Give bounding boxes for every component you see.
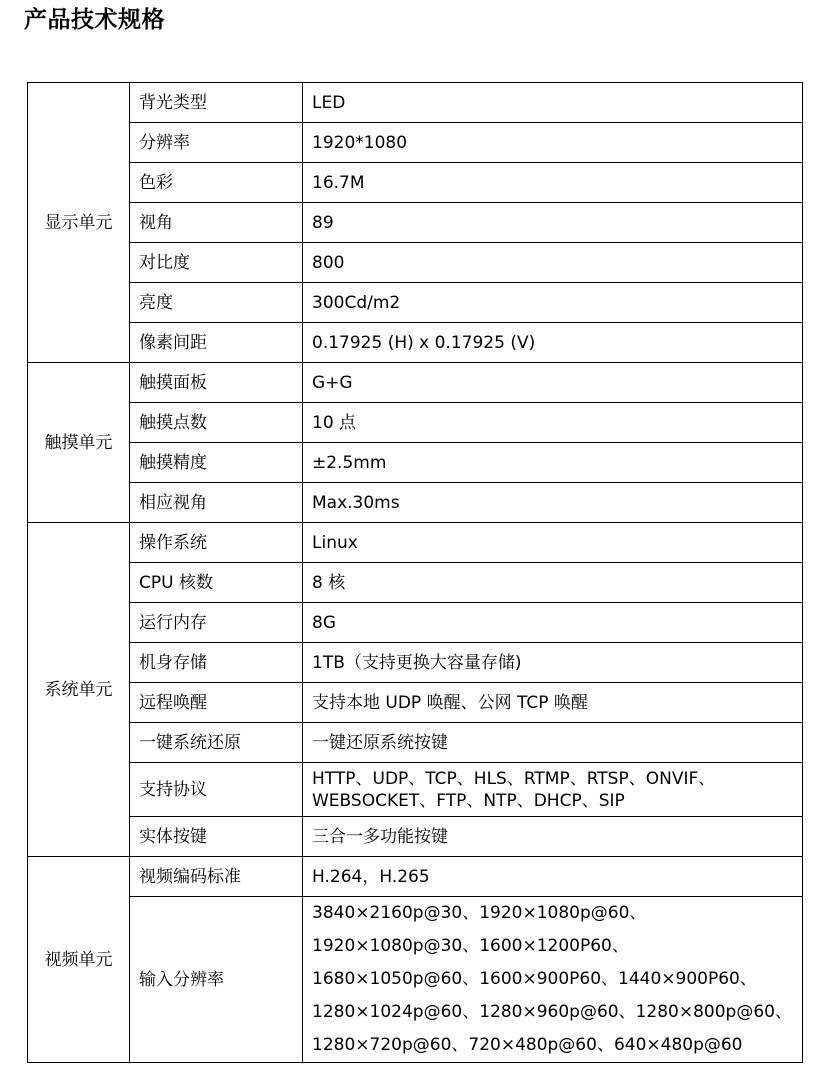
spec-table: 显示单元 背光类型 LED 分辨率 1920*1080 色彩 16.7M 视角 … bbox=[27, 82, 803, 1063]
spec-label: 输入分辨率 bbox=[130, 897, 303, 1063]
spec-label: 相应视角 bbox=[130, 483, 303, 523]
spec-label: 视角 bbox=[130, 203, 303, 243]
page-title: 产品技术规格 bbox=[24, 4, 165, 36]
table-row: 触摸点数 10 点 bbox=[28, 403, 803, 443]
spec-label: CPU 核数 bbox=[130, 563, 303, 603]
table-row: 系统单元 操作系统 Linux bbox=[28, 523, 803, 563]
table-row: 机身存储 1TB（支持更换大容量存储) bbox=[28, 643, 803, 683]
table-row: 输入分辨率 3840×2160p@30、1920×1080p@60、1920×1… bbox=[28, 897, 803, 1063]
spec-label: 机身存储 bbox=[130, 643, 303, 683]
spec-label: 触摸精度 bbox=[130, 443, 303, 483]
group-system: 系统单元 bbox=[28, 523, 130, 857]
spec-value: Linux bbox=[303, 523, 803, 563]
table-row: 亮度 300Cd/m2 bbox=[28, 283, 803, 323]
spec-value: 1TB（支持更换大容量存储) bbox=[303, 643, 803, 683]
spec-label: 支持协议 bbox=[130, 763, 303, 817]
spec-value: LED bbox=[303, 83, 803, 123]
spec-label: 操作系统 bbox=[130, 523, 303, 563]
spec-value: G+G bbox=[303, 363, 803, 403]
spec-value: 8 核 bbox=[303, 563, 803, 603]
spec-value: 支持本地 UDP 唤醒、公网 TCP 唤醒 bbox=[303, 683, 803, 723]
spec-value: 10 点 bbox=[303, 403, 803, 443]
spec-value: 1920*1080 bbox=[303, 123, 803, 163]
spec-value: 0.17925 (H) x 0.17925 (V) bbox=[303, 323, 803, 363]
spec-label: 亮度 bbox=[130, 283, 303, 323]
spec-label: 对比度 bbox=[130, 243, 303, 283]
spec-value: 800 bbox=[303, 243, 803, 283]
spec-label: 运行内存 bbox=[130, 603, 303, 643]
table-row: 分辨率 1920*1080 bbox=[28, 123, 803, 163]
table-row: 远程唤醒 支持本地 UDP 唤醒、公网 TCP 唤醒 bbox=[28, 683, 803, 723]
table-row: 色彩 16.7M bbox=[28, 163, 803, 203]
table-row: 支持协议 HTTP、UDP、TCP、HLS、RTMP、RTSP、ONVIF、WE… bbox=[28, 763, 803, 817]
spec-value: H.264，H.265 bbox=[303, 857, 803, 897]
group-video: 视频单元 bbox=[28, 857, 130, 1063]
spec-label: 分辨率 bbox=[130, 123, 303, 163]
spec-label: 实体按键 bbox=[130, 817, 303, 857]
spec-label: 一键系统还原 bbox=[130, 723, 303, 763]
table-row: 像素间距 0.17925 (H) x 0.17925 (V) bbox=[28, 323, 803, 363]
spec-value: 300Cd/m2 bbox=[303, 283, 803, 323]
spec-value: 16.7M bbox=[303, 163, 803, 203]
spec-label: 视频编码标准 bbox=[130, 857, 303, 897]
spec-label: 触摸点数 bbox=[130, 403, 303, 443]
table-row: 相应视角 Max.30ms bbox=[28, 483, 803, 523]
spec-value: 三合一多功能按键 bbox=[303, 817, 803, 857]
spec-value: Max.30ms bbox=[303, 483, 803, 523]
spec-label: 背光类型 bbox=[130, 83, 303, 123]
table-row: 实体按键 三合一多功能按键 bbox=[28, 817, 803, 857]
spec-value: 一键还原系统按键 bbox=[303, 723, 803, 763]
table-row: 对比度 800 bbox=[28, 243, 803, 283]
spec-value: HTTP、UDP、TCP、HLS、RTMP、RTSP、ONVIF、WEBSOCK… bbox=[303, 763, 803, 817]
spec-value: ±2.5mm bbox=[303, 443, 803, 483]
spec-label: 远程唤醒 bbox=[130, 683, 303, 723]
table-row: 显示单元 背光类型 LED bbox=[28, 83, 803, 123]
spec-label: 色彩 bbox=[130, 163, 303, 203]
group-touch: 触摸单元 bbox=[28, 363, 130, 523]
spec-label: 触摸面板 bbox=[130, 363, 303, 403]
table-row: 视角 89 bbox=[28, 203, 803, 243]
spec-value: 3840×2160p@30、1920×1080p@60、1920×1080p@3… bbox=[303, 897, 803, 1063]
table-row: 一键系统还原 一键还原系统按键 bbox=[28, 723, 803, 763]
table-row: 运行内存 8G bbox=[28, 603, 803, 643]
group-display: 显示单元 bbox=[28, 83, 130, 363]
table-row: 触摸精度 ±2.5mm bbox=[28, 443, 803, 483]
table-row: 视频单元 视频编码标准 H.264，H.265 bbox=[28, 857, 803, 897]
table-row: 触摸单元 触摸面板 G+G bbox=[28, 363, 803, 403]
spec-value: 89 bbox=[303, 203, 803, 243]
spec-value: 8G bbox=[303, 603, 803, 643]
spec-label: 像素间距 bbox=[130, 323, 303, 363]
table-row: CPU 核数 8 核 bbox=[28, 563, 803, 603]
